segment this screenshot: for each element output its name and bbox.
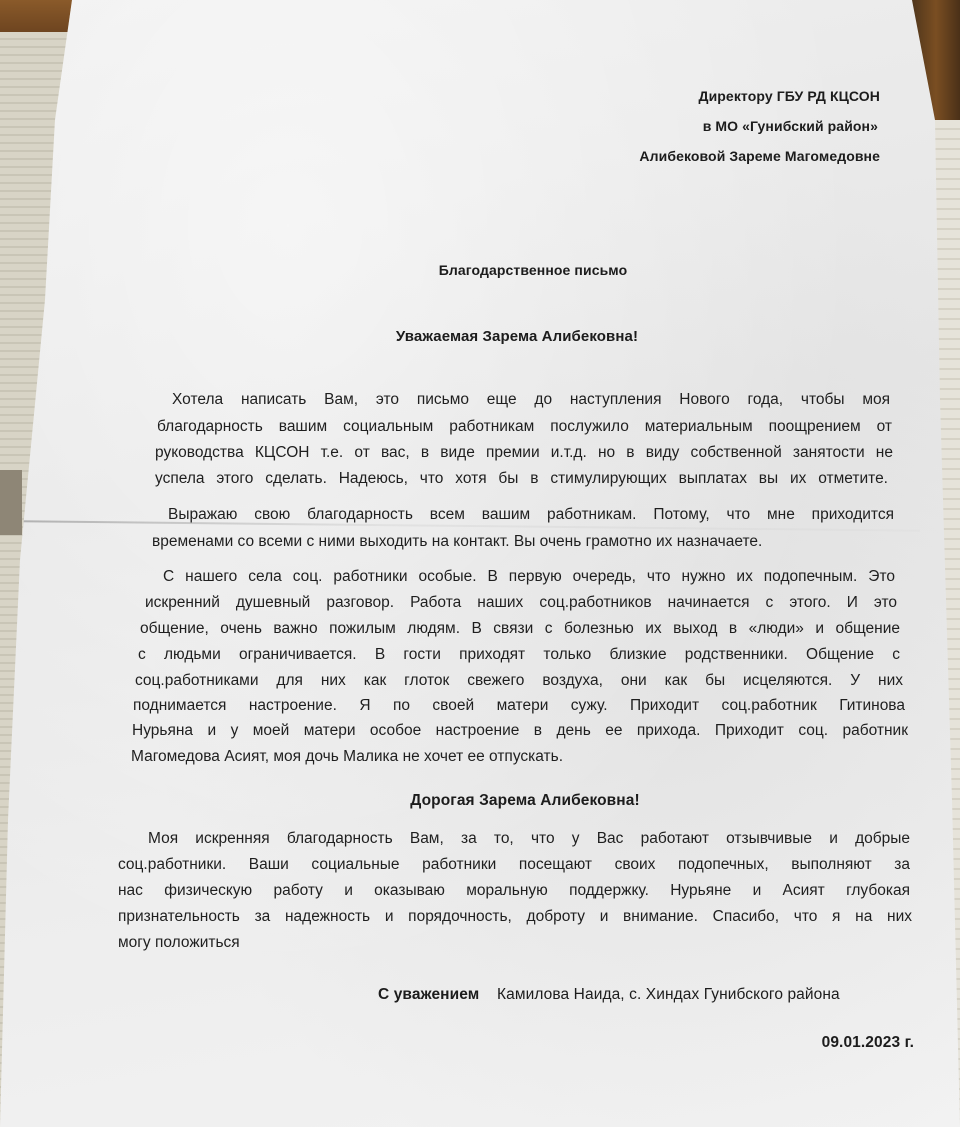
signature-block: С уважением Камилова Наида, с. Хиндах Гу… xyxy=(378,986,840,1004)
paragraph-3-line-1: С нашего села соц. работники особые. В п… xyxy=(163,568,895,586)
closing-line-4: признательность за надежность и порядочн… xyxy=(118,908,912,926)
salutation: Уважаемая Зарема Алибековна! xyxy=(0,328,960,345)
background-shadow xyxy=(0,470,22,535)
paragraph-3-line-2: искренний душевный разговор. Работа наши… xyxy=(145,594,897,612)
letter-date: 09.01.2023 г. xyxy=(822,1034,914,1052)
paragraph-2-line-2: временами со всеми с ними выходить на ко… xyxy=(152,533,892,551)
paragraph-3-line-5: соц.работниками для них как глоток свеже… xyxy=(135,672,903,690)
paragraph-3-line-7: Нурьяна и у моей матери особое настроени… xyxy=(132,722,908,740)
addressee-line-2: в МО «Гунибский район» xyxy=(703,118,878,134)
signature-label: С уважением xyxy=(378,986,479,1003)
paragraph-3-line-4: с людьми ограничивается. В гости приходя… xyxy=(138,646,900,664)
paragraph-2-line-1: Выражаю свою благодарность всем вашим ра… xyxy=(168,506,894,524)
paragraph-1-line-3: руководства КЦСОН т.е. от вас, в виде пр… xyxy=(155,444,893,462)
paragraph-1-line-1: Хотела написать Вам, это письмо еще до н… xyxy=(172,391,890,409)
paragraph-3-line-8: Магомедова Асият, моя дочь Малика не хоч… xyxy=(131,748,907,766)
salutation-2: Дорогая Зарема Алибековна! xyxy=(0,792,960,810)
letter-paper: Директору ГБУ РД КЦСОН в МО «Гунибский р… xyxy=(0,0,960,1127)
addressee-line-3: Алибековой Зареме Магомедовне xyxy=(639,148,880,164)
paragraph-1-line-2: благодарность вашим социальным работника… xyxy=(157,418,892,436)
letter-title: Благодарственное письмо xyxy=(0,262,960,278)
paragraph-3-line-6: поднимается настроение. Я по своей матер… xyxy=(133,697,905,715)
addressee-line-1: Директору ГБУ РД КЦСОН xyxy=(699,88,881,104)
closing-line-1: Моя искренняя благодарность Вам, за то, … xyxy=(148,830,910,848)
closing-line-5: могу положиться xyxy=(118,934,912,952)
paragraph-1-line-4: успела этого сделать. Надеюсь, что хотя … xyxy=(155,470,888,488)
closing-line-2: соц.работники. Ваши социальные работники… xyxy=(118,856,910,874)
closing-line-3: нас физическую работу и оказываю моральн… xyxy=(118,882,910,900)
signature-author: Камилова Наида, с. Хиндах Гунибского рай… xyxy=(497,986,840,1003)
paragraph-3-line-3: общение, очень важно пожилым людям. В св… xyxy=(140,620,900,638)
background-wood xyxy=(0,0,80,32)
